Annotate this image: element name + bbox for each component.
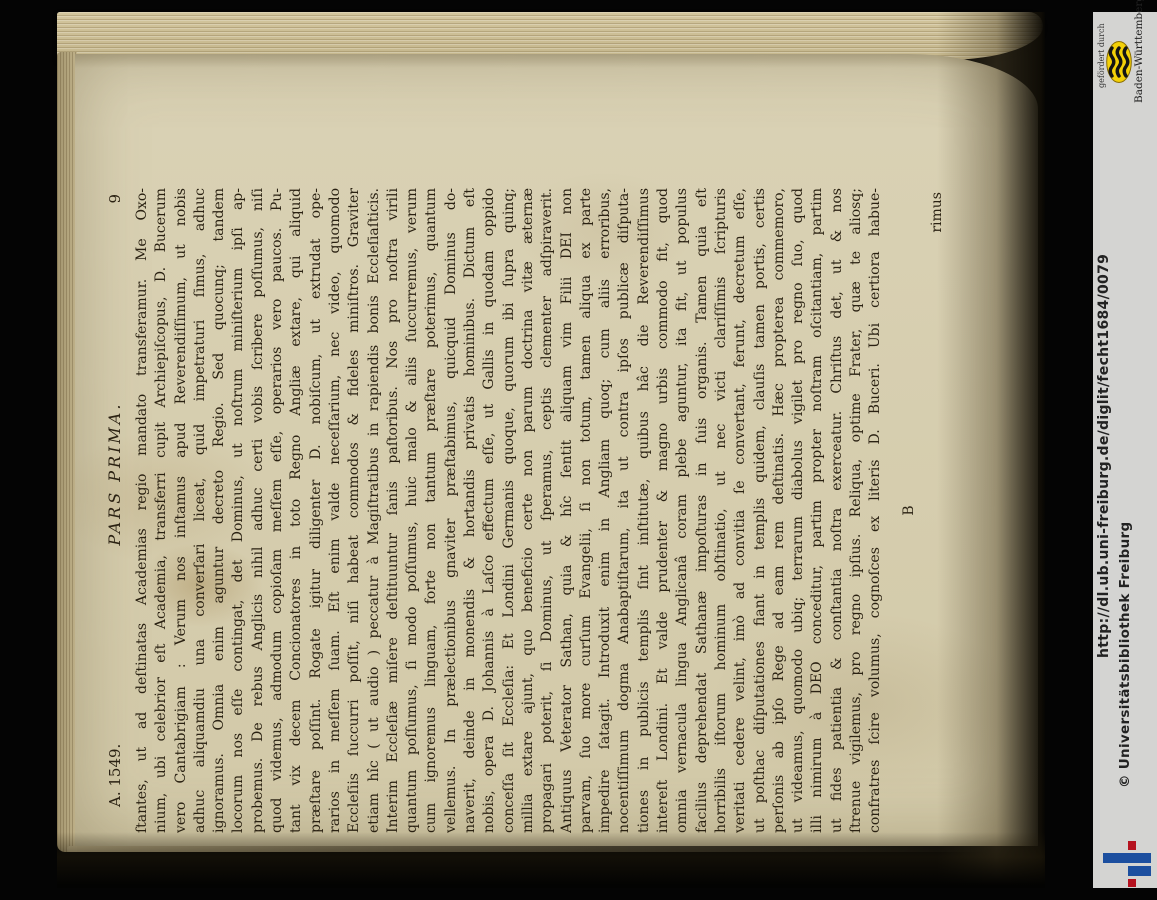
text-line: cum ignoremus linguam, forte non tantum …: [422, 188, 441, 833]
ub-logo-red-square-bottom: [1128, 879, 1136, 887]
text-line: confratres ſcire volumus, cognoſces ex l…: [866, 188, 885, 833]
text-line: conceſſa ſit Eccleſia: Et Londini German…: [500, 188, 519, 833]
running-header: A. 1549. PARS PRIMA. 9: [105, 188, 127, 833]
text-line: nobis, opera D. Johannis à Laſco effectu…: [480, 188, 499, 833]
book-bottom-shadow: [57, 832, 1045, 888]
text-line: probemus. De rebus Anglicis nihil adhuc …: [249, 188, 268, 833]
text-line: facilius deprehendat Sathanæ impoſturas …: [693, 188, 712, 833]
text-line: perſonis ab ipſo Rege ad eam rem deſtina…: [770, 188, 789, 833]
funding-label: gefördert durch: [1097, 23, 1106, 88]
text-line: horribilis iſtorum hominum obſtinatio, u…: [712, 188, 731, 833]
funding-region-label: Baden-Württemberg: [1133, 0, 1145, 103]
text-line: ut videamus, quomodo ubiq; terrarum diab…: [789, 188, 808, 833]
book-gutter-shadow: [937, 12, 1045, 888]
text-line: parvam, ſuo more curſum Evangelii, ſi no…: [577, 188, 596, 833]
text-line: vero Cantabrigiam : Verum nos inſtamus a…: [172, 188, 191, 833]
bw-three-lions-shield-icon: [1106, 40, 1132, 84]
text-line: Antiquus Veterator Sathan, quia & hîc ſe…: [558, 188, 577, 833]
text-line: veritati cedere velint, imò ad convitia …: [731, 188, 750, 833]
text-line: tiones in publicis templis ſint inſtitut…: [635, 188, 654, 833]
text-line: Eccleſiis ſuccurri poſſit, niſi habeat c…: [345, 188, 364, 833]
text-line: intereſt Londini. Et valde prudenter & m…: [654, 188, 673, 833]
text-line: omnia vernacula lingua Anglicanâ coram p…: [673, 188, 692, 833]
digitization-margin-strip: gefördert durch Baden-Württemberg http:/…: [1093, 12, 1157, 888]
text-line: illi nimirum à DEO conceditur, partim pr…: [808, 188, 827, 833]
text-line: ignoramus. Omnia enim aguntur decreto Re…: [210, 188, 229, 833]
text-line: locorum nos eſſe contingat, det Dominus,…: [229, 188, 248, 833]
text-line: impedire ſatagit. Introduxit enim in Ang…: [596, 188, 615, 833]
header-title: PARS PRIMA.: [105, 402, 124, 546]
text-line: adhuc aliquamdiu una converſari liceat, …: [191, 188, 210, 833]
text-line: tant vix decem Concionatores in toto Reg…: [287, 188, 306, 833]
signature-mark: B: [900, 188, 919, 833]
text-line: ſtrenue vigilemus, pro regno ipſius. Rel…: [847, 188, 866, 833]
page-number: 9: [106, 194, 124, 204]
document-url-label: http://dl.ub.uni-freiburg.de/diglit/fech…: [1096, 254, 1112, 658]
text-line: ſtantes, ut ad deſtinatas Academias regi…: [133, 188, 152, 833]
text-line: millia extare ajunt, quo beneficio certe…: [519, 188, 538, 833]
book-fore-edge: [57, 12, 1043, 60]
text-line: quod videmus, admodum copioſam meſſem eſ…: [268, 188, 287, 833]
text-line: quantum poſſumus, ſi modo poſſumus, huic…: [403, 188, 422, 833]
text-line: ut poſthac diſputationes fiant in templi…: [751, 188, 770, 833]
book-left-page-edges: [57, 52, 77, 852]
ub-logo-blue-bar-long: [1103, 853, 1151, 863]
scan-viewport: A. 1549. PARS PRIMA. 9 ſtantes, ut ad de…: [0, 0, 1157, 900]
ub-logo-red-square-top: [1128, 841, 1136, 850]
text-line: præſtare poſſint. Rogate igitur diligent…: [307, 188, 326, 833]
copyright-label: © Universitätsbibliothek Freiburg: [1117, 522, 1133, 788]
text-line: Interim Eccleſiæ miſere deſtituuntur ſan…: [384, 188, 403, 833]
text-line: propagari poterit, ſi Dominus, ut ſperam…: [538, 188, 557, 833]
text-line: vellemus. In prælectionibus gnaviter præ…: [442, 188, 461, 833]
ub-logo-blue-bar-short: [1128, 866, 1151, 876]
text-line: rarios in meſſem ſuam. Eſt enim valde ne…: [326, 188, 345, 833]
text-line: nocentiſſimum dogma Anabaptiſtarum, ita …: [615, 188, 634, 833]
text-line: ut fides patientia & conſtantia noſtra e…: [828, 188, 847, 833]
header-year: A. 1549.: [106, 744, 124, 807]
catchword: rimus: [928, 188, 947, 833]
body-text-block: ſtantes, ut ad deſtinatas Academias regi…: [133, 188, 886, 833]
text-line: nium, ubi celebrior eſt Academia, transf…: [152, 188, 171, 833]
page-text-rotated: A. 1549. PARS PRIMA. 9 ſtantes, ut ad de…: [105, 188, 953, 833]
text-line: naverit, deinde in monendis & hortandis …: [461, 188, 480, 833]
text-line: etiam hîc ( ut audio ) peccatur à Magiſt…: [365, 188, 384, 833]
